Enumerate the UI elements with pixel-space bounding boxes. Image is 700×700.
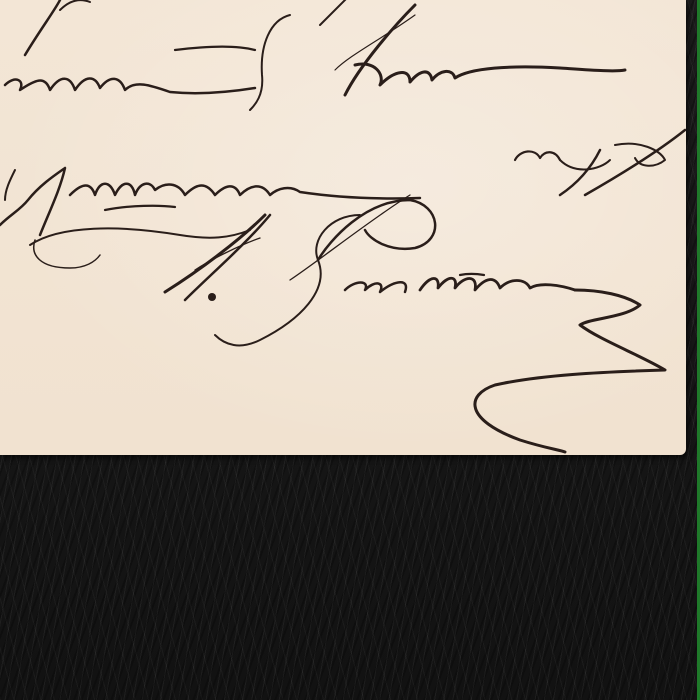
handwriting-strokes [0, 0, 700, 700]
